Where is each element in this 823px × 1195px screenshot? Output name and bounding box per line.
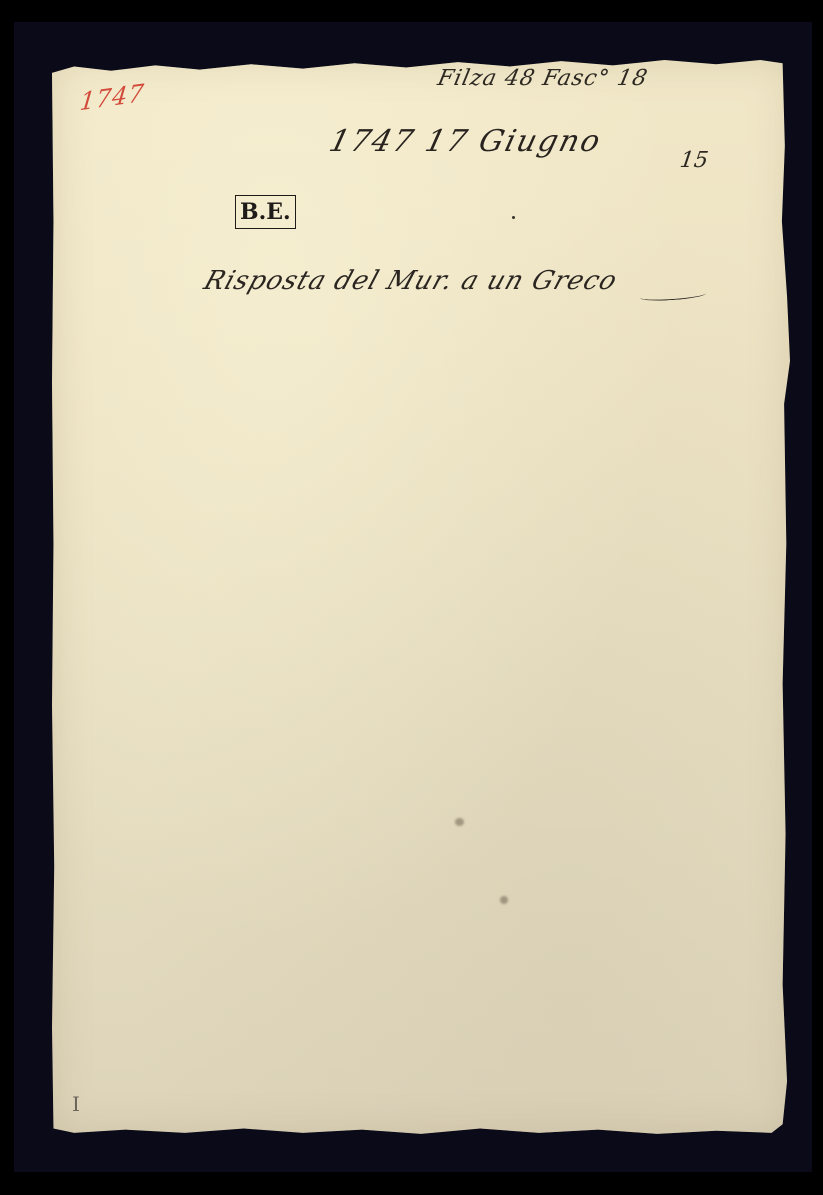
document-title: Risposta del Mur. a un Greco — [200, 266, 621, 296]
document-date: 1747 17 Giugno — [326, 124, 606, 159]
paper-stain — [455, 818, 464, 826]
archive-stamp: B.E. — [235, 195, 296, 229]
bottom-folio-mark: I — [72, 1092, 80, 1116]
ink-dot — [512, 216, 515, 219]
paper-stain — [500, 896, 508, 904]
filza-fascicolo-label: Filza 48 Fasc° 18 — [435, 66, 650, 91]
document-page — [52, 60, 790, 1135]
folio-number: 15 — [678, 148, 710, 173]
